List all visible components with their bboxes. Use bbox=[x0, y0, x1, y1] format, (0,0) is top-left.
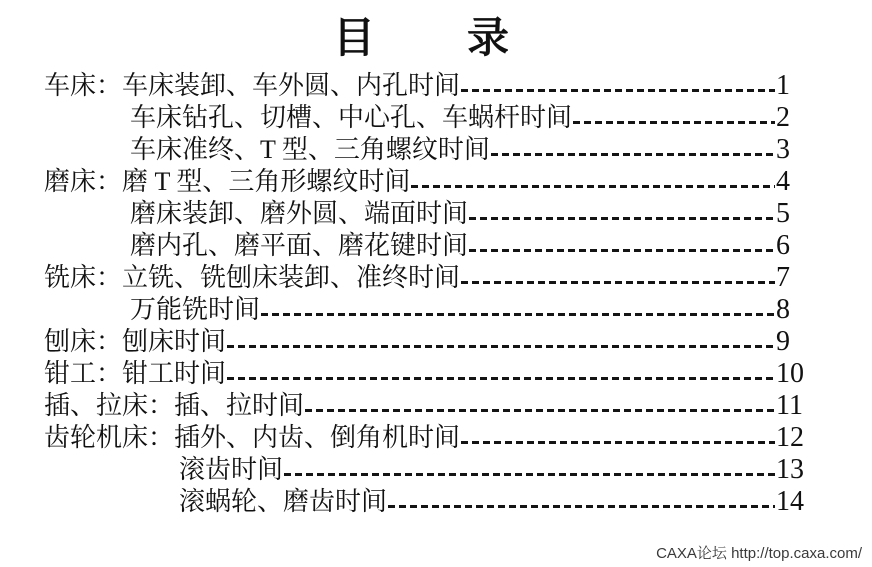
dashed-leader bbox=[227, 377, 775, 380]
toc-page-number: 3 bbox=[776, 134, 810, 166]
dashed-leader bbox=[573, 121, 775, 124]
dashed-leader bbox=[461, 441, 775, 444]
toc-entry: 钳工：钳工时间 10 bbox=[0, 358, 810, 390]
toc-entry: 滚蜗轮、磨齿时间 14 bbox=[0, 486, 810, 518]
dashed-leader bbox=[469, 249, 775, 252]
toc-page-number: 10 bbox=[776, 358, 810, 390]
dashed-leader bbox=[469, 217, 775, 220]
toc-list: 车床：车床装卸、车外圆、内孔时间 1 车床钻孔、切槽、中心孔、车蜗杆时间 2 车… bbox=[0, 70, 872, 518]
toc-entry-text: 滚蜗轮、磨齿时间 bbox=[179, 486, 387, 518]
toc-page-number: 14 bbox=[776, 486, 810, 518]
toc-entry: 齿轮机床：插外、内齿、倒角机时间 12 bbox=[0, 422, 810, 454]
toc-entry: 插、拉床：插、拉时间 11 bbox=[0, 390, 810, 422]
page-title-part1: 目 bbox=[333, 16, 375, 62]
dashed-leader bbox=[411, 185, 775, 188]
toc-entry-text: 磨床装卸、磨外圆、端面时间 bbox=[130, 198, 468, 230]
toc-entry-text: 磨内孔、磨平面、磨花键时间 bbox=[130, 230, 468, 262]
toc-page-number: 8 bbox=[776, 294, 810, 326]
toc-entry: 车床准终、T 型、三角螺纹时间 3 bbox=[0, 134, 810, 166]
dashed-leader bbox=[461, 89, 775, 92]
toc-entry-text: 插、拉床：插、拉时间 bbox=[44, 390, 304, 422]
toc-entry: 滚齿时间 13 bbox=[0, 454, 810, 486]
toc-entry-text: 滚齿时间 bbox=[179, 454, 283, 486]
watermark: CAXA论坛 http://top.caxa.com/ bbox=[656, 542, 862, 563]
toc-page-number: 12 bbox=[776, 422, 810, 454]
dashed-leader bbox=[305, 409, 775, 412]
dashed-leader bbox=[261, 313, 775, 316]
dashed-leader bbox=[227, 345, 775, 348]
page-title: 目 录 bbox=[0, 0, 842, 62]
toc-entry: 刨床：刨床时间 9 bbox=[0, 326, 810, 358]
toc-entry: 铣床：立铣、铣刨床装卸、准终时间 7 bbox=[0, 262, 810, 294]
toc-entry-text: 铣床：立铣、铣刨床装卸、准终时间 bbox=[44, 262, 460, 294]
page-title-part2: 录 bbox=[467, 16, 509, 62]
toc-page-number: 6 bbox=[776, 230, 810, 262]
dashed-leader bbox=[461, 281, 775, 284]
toc-page-number: 13 bbox=[776, 454, 810, 486]
toc-page-number: 9 bbox=[776, 326, 810, 358]
toc-entry-text: 磨床：磨 T 型、三角形螺纹时间 bbox=[44, 166, 410, 198]
toc-entry-text: 钳工：钳工时间 bbox=[44, 358, 226, 390]
toc-page-number: 7 bbox=[776, 262, 810, 294]
toc-entry: 磨床：磨 T 型、三角形螺纹时间 4 bbox=[0, 166, 810, 198]
toc-entry: 车床：车床装卸、车外圆、内孔时间 1 bbox=[0, 70, 810, 102]
toc-entry-text: 齿轮机床：插外、内齿、倒角机时间 bbox=[44, 422, 460, 454]
toc-page-number: 4 bbox=[776, 166, 810, 198]
toc-entry-text: 车床：车床装卸、车外圆、内孔时间 bbox=[44, 70, 460, 102]
toc-entry-text: 刨床：刨床时间 bbox=[44, 326, 226, 358]
toc-page-number: 11 bbox=[776, 390, 810, 422]
toc-entry: 万能铣时间 8 bbox=[0, 294, 810, 326]
toc-entry-text: 车床钻孔、切槽、中心孔、车蜗杆时间 bbox=[130, 102, 572, 134]
toc-entry-text: 车床准终、T 型、三角螺纹时间 bbox=[130, 134, 490, 166]
toc-entry: 磨床装卸、磨外圆、端面时间 5 bbox=[0, 198, 810, 230]
dashed-leader bbox=[388, 505, 775, 508]
toc-page-number: 1 bbox=[776, 70, 810, 102]
toc-page-number: 2 bbox=[776, 102, 810, 134]
toc-entry-text: 万能铣时间 bbox=[130, 294, 260, 326]
dashed-leader bbox=[284, 473, 775, 476]
dashed-leader bbox=[491, 153, 775, 156]
toc-entry: 磨内孔、磨平面、磨花键时间 6 bbox=[0, 230, 810, 262]
toc-page-number: 5 bbox=[776, 198, 810, 230]
document-page: 目 录 车床：车床装卸、车外圆、内孔时间 1 车床钻孔、切槽、中心孔、车蜗杆时间… bbox=[0, 0, 872, 567]
toc-entry: 车床钻孔、切槽、中心孔、车蜗杆时间 2 bbox=[0, 102, 810, 134]
